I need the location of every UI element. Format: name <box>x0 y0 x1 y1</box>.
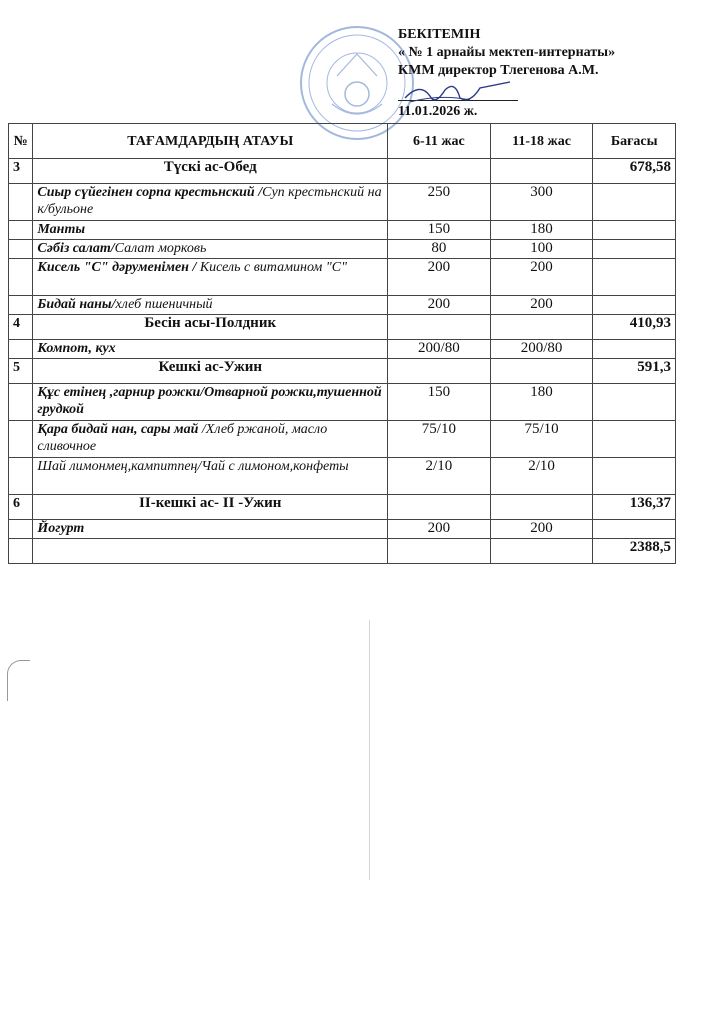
empty-cell <box>593 421 676 458</box>
empty-cell <box>490 315 593 340</box>
section-price: 678,58 <box>593 159 676 184</box>
dish-name-kz: Кисель "С" дәруменімен / <box>37 260 199 275</box>
portion-6-11: 80 <box>388 240 491 259</box>
dish-name: Сиыр сүйегінен сорпа крестьнский /Суп кр… <box>33 184 388 221</box>
empty-cell <box>593 296 676 315</box>
header-row: № ТАҒАМДАРДЫҢ АТАУЫ 6-11 жас 11-18 жас Б… <box>9 124 676 159</box>
empty-cell <box>388 495 491 520</box>
section-title: Бесін асы-Полдник <box>33 315 388 340</box>
dish-name-kz: Қара бидай нан, сары май <box>37 422 202 437</box>
approval-director: КММ директор Тлегенова А.М. <box>398 62 615 80</box>
empty-cell <box>593 384 676 421</box>
portion-6-11: 150 <box>388 221 491 240</box>
portion-11-18: 200/80 <box>490 340 593 359</box>
section-row: 4Бесін асы-Полдник410,93 <box>9 315 676 340</box>
section-row: 5Кешкі ас-Ужин591,3 <box>9 359 676 384</box>
empty-cell <box>593 520 676 539</box>
portion-11-18: 2/10 <box>490 458 593 495</box>
dish-row: Кисель "С" дәруменімен / Кисель с витами… <box>9 259 676 296</box>
portion-11-18: 100 <box>490 240 593 259</box>
hole-punch-mark <box>7 660 30 701</box>
empty-cell <box>490 539 593 564</box>
empty-cell <box>593 184 676 221</box>
section-row: 6ІІ-кешкі ас- ІІ -Ужин136,37 <box>9 495 676 520</box>
dish-row: Йогурт200200 <box>9 520 676 539</box>
empty-cell <box>388 359 491 384</box>
dish-name: Кисель "С" дәруменімен / Кисель с витами… <box>33 259 388 296</box>
empty-cell <box>9 340 33 359</box>
menu-table: № ТАҒАМДАРДЫҢ АТАУЫ 6-11 жас 11-18 жас Б… <box>8 123 676 564</box>
dish-name-kz: Құс етінең ,гарнир рожки/Отварной рожки,… <box>37 385 381 417</box>
dish-name: Компот, кух <box>33 340 388 359</box>
dish-row: Бидай наны/хлеб пшеничный200200 <box>9 296 676 315</box>
dish-name: Йогурт <box>33 520 388 539</box>
portion-11-18: 75/10 <box>490 421 593 458</box>
total-row: 2388,5 <box>9 539 676 564</box>
section-title: Түскі ас-Обед <box>33 159 388 184</box>
empty-cell <box>9 421 33 458</box>
header-name: ТАҒАМДАРДЫҢ АТАУЫ <box>33 124 388 159</box>
empty-cell <box>9 520 33 539</box>
empty-cell <box>593 240 676 259</box>
portion-11-18: 300 <box>490 184 593 221</box>
dish-name-kz: Манты <box>37 222 85 237</box>
dish-name: Шай лимонмең,кампитпең/Чай с лимоном,кон… <box>33 458 388 495</box>
header-age-11-18: 11-18 жас <box>490 124 593 159</box>
empty-cell <box>593 221 676 240</box>
portion-6-11: 2/10 <box>388 458 491 495</box>
empty-cell <box>9 384 33 421</box>
portion-6-11: 200 <box>388 296 491 315</box>
empty-cell <box>490 359 593 384</box>
portion-6-11: 200/80 <box>388 340 491 359</box>
dish-name-ru: Шай лимонмең,кампитпең/Чай с лимоном,кон… <box>37 459 348 474</box>
portion-11-18: 180 <box>490 384 593 421</box>
portion-6-11: 200 <box>388 259 491 296</box>
empty-cell <box>388 539 491 564</box>
dish-name: Манты <box>33 221 388 240</box>
portion-11-18: 200 <box>490 259 593 296</box>
section-number: 6 <box>9 495 33 520</box>
empty-cell <box>490 159 593 184</box>
empty-cell <box>9 240 33 259</box>
dish-name-ru: хлеб пшеничный <box>115 297 212 312</box>
scan-fold-line <box>369 620 370 880</box>
section-number: 3 <box>9 159 33 184</box>
empty-cell <box>593 340 676 359</box>
approval-org: « № 1 арнайы мектеп-интернаты» <box>398 44 615 62</box>
dish-row: Қара бидай нан, сары май /Хлеб ржаной, м… <box>9 421 676 458</box>
empty-cell <box>9 184 33 221</box>
section-price: 136,37 <box>593 495 676 520</box>
empty-cell <box>9 221 33 240</box>
empty-cell <box>9 296 33 315</box>
dish-row: Компот, кух200/80200/80 <box>9 340 676 359</box>
signature <box>400 80 520 110</box>
header-price: Бағасы <box>593 124 676 159</box>
approval-title: БЕКІТЕМІН <box>398 26 615 44</box>
dish-name-kz: Сиыр сүйегінен сорпа крестьнский / <box>37 185 262 200</box>
dish-name: Қара бидай нан, сары май /Хлеб ржаной, м… <box>33 421 388 458</box>
section-row: 3Түскі ас-Обед678,58 <box>9 159 676 184</box>
empty-cell <box>33 539 388 564</box>
dish-name: Құс етінең ,гарнир рожки/Отварной рожки,… <box>33 384 388 421</box>
empty-cell <box>593 458 676 495</box>
dish-name-kz: Сәбіз салат/ <box>37 241 114 256</box>
portion-11-18: 180 <box>490 221 593 240</box>
portion-6-11: 250 <box>388 184 491 221</box>
dish-row: Шай лимонмең,кампитпең/Чай с лимоном,кон… <box>9 458 676 495</box>
dish-row: Сәбіз салат/Салат морковь80100 <box>9 240 676 259</box>
header-age-6-11: 6-11 жас <box>388 124 491 159</box>
empty-cell <box>388 315 491 340</box>
section-number: 5 <box>9 359 33 384</box>
dish-name-ru: Кисель с витамином "С" <box>200 260 347 275</box>
empty-cell <box>9 458 33 495</box>
empty-cell <box>9 539 33 564</box>
empty-cell <box>490 495 593 520</box>
portion-6-11: 75/10 <box>388 421 491 458</box>
portion-6-11: 200 <box>388 520 491 539</box>
empty-cell <box>593 259 676 296</box>
dish-name: Сәбіз салат/Салат морковь <box>33 240 388 259</box>
empty-cell <box>388 159 491 184</box>
section-title: ІІ-кешкі ас- ІІ -Ужин <box>33 495 388 520</box>
header-num: № <box>9 124 33 159</box>
dish-row: Манты150180 <box>9 221 676 240</box>
empty-cell <box>9 259 33 296</box>
section-title: Кешкі ас-Ужин <box>33 359 388 384</box>
section-price: 410,93 <box>593 315 676 340</box>
section-price: 591,3 <box>593 359 676 384</box>
dish-name-ru: Салат морковь <box>115 241 207 256</box>
dish-row: Құс етінең ,гарнир рожки/Отварной рожки,… <box>9 384 676 421</box>
portion-6-11: 150 <box>388 384 491 421</box>
dish-name-kz: Бидай наны/ <box>37 297 115 312</box>
dish-row: Сиыр сүйегінен сорпа крестьнский /Суп кр… <box>9 184 676 221</box>
section-number: 4 <box>9 315 33 340</box>
portion-11-18: 200 <box>490 296 593 315</box>
portion-11-18: 200 <box>490 520 593 539</box>
dish-name: Бидай наны/хлеб пшеничный <box>33 296 388 315</box>
total-price: 2388,5 <box>593 539 676 564</box>
dish-name-kz: Компот, кух <box>37 341 115 356</box>
dish-name-kz: Йогурт <box>37 521 84 536</box>
